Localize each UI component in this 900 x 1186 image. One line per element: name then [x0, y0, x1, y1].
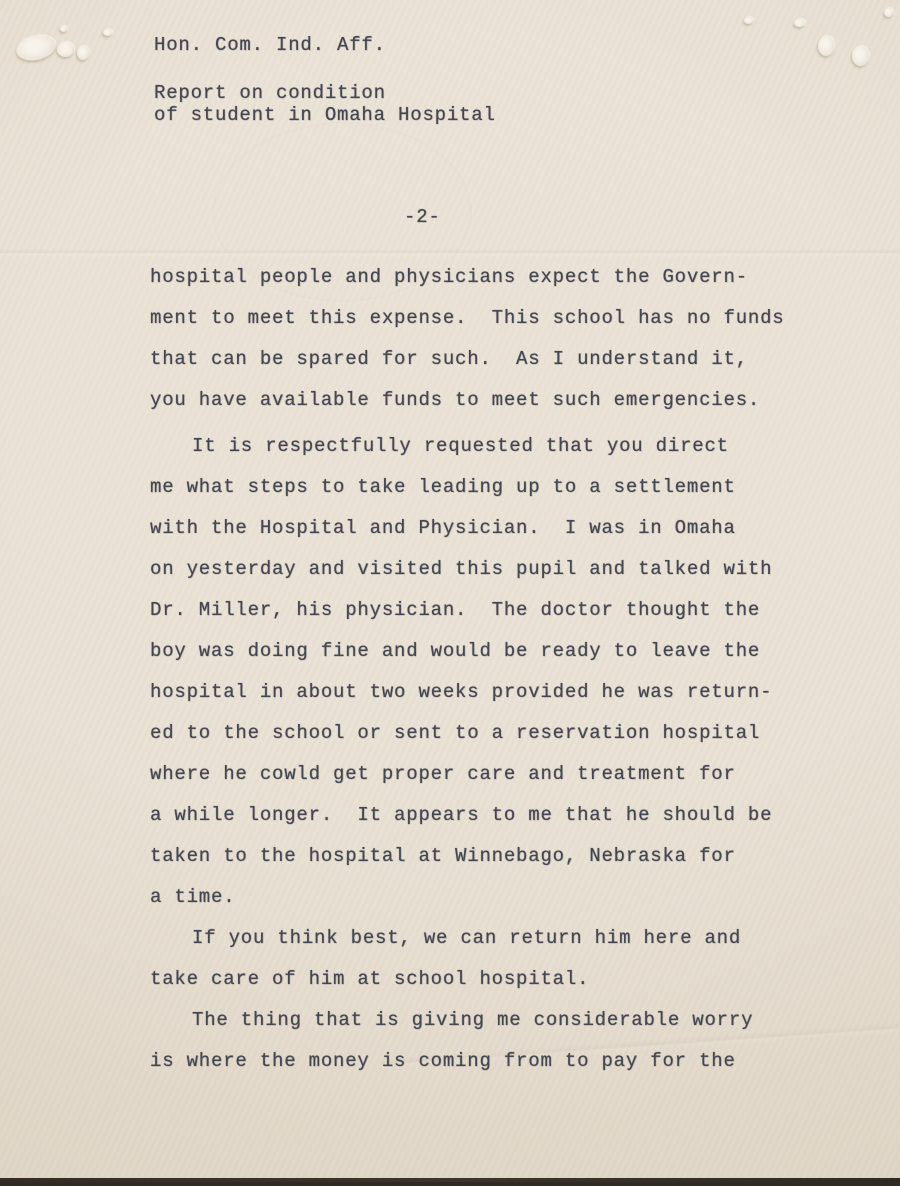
paper-damage-mark [818, 36, 834, 56]
typewritten-line: hospital in about two weeks provided he … [150, 672, 830, 713]
typewritten-line: with the Hospital and Physician. I was i… [150, 508, 830, 549]
paper-damage-mark [77, 46, 89, 60]
paragraph: hospital people and physicians expect th… [150, 257, 830, 421]
typewritten-line: ed to the school or sent to a reservatio… [150, 713, 830, 754]
header-recipient-line: Hon. Com. Ind. Aff. [154, 34, 386, 56]
typewritten-line: If you think best, we can return him her… [150, 918, 830, 959]
typewritten-line: a while longer. It appears to me that he… [150, 795, 830, 836]
page-number: -2- [404, 206, 441, 228]
paper-damage-mark [103, 29, 112, 36]
paragraph: The thing that is giving me considerable… [150, 1000, 830, 1082]
typewritten-line: Dr. Miller, his physician. The doctor th… [150, 590, 830, 631]
typewritten-line: ment to meet this expense. This school h… [150, 298, 830, 339]
typewritten-line: hospital people and physicians expect th… [150, 257, 830, 298]
paper-damage-mark [884, 8, 893, 17]
typewritten-line: that can be spared for such. As I unders… [150, 339, 830, 380]
scan-bottom-edge [0, 1178, 900, 1182]
paper-damage-mark [744, 17, 753, 24]
header-subject-line-1: Report on condition [154, 82, 386, 104]
typewritten-line: where he cowld get proper care and treat… [150, 754, 830, 795]
paragraph: It is respectfully requested that you di… [150, 426, 830, 918]
typewritten-line: me what steps to take leading up to a se… [150, 467, 830, 508]
paper-damage-mark [852, 46, 869, 66]
document-body: hospital people and physicians expect th… [150, 257, 830, 1082]
typewritten-line: The thing that is giving me considerable… [150, 1000, 830, 1041]
typewritten-line: It is respectfully requested that you di… [150, 426, 830, 467]
typewritten-line: boy was doing fine and would be ready to… [150, 631, 830, 672]
typewritten-line: taken to the hospital at Winnebago, Nebr… [150, 836, 830, 877]
typewritten-line: on yesterday and visited this pupil and … [150, 549, 830, 590]
typewritten-line: you have available funds to meet such em… [150, 380, 830, 421]
typewritten-line: take care of him at school hospital. [150, 959, 830, 1000]
scanned-letter-page: Hon. Com. Ind. Aff. Report on condition … [0, 0, 900, 1182]
paper-damage-mark [14, 32, 58, 64]
typewritten-line: a time. [150, 877, 830, 918]
paragraph: If you think best, we can return him her… [150, 918, 830, 1000]
typewritten-line: is where the money is coming from to pay… [150, 1041, 830, 1082]
header-subject-line-2: of student in Omaha Hospital [154, 104, 496, 126]
paper-damage-mark [794, 19, 805, 27]
paper-damage-mark [60, 26, 67, 32]
paper-damage-mark [57, 42, 74, 57]
